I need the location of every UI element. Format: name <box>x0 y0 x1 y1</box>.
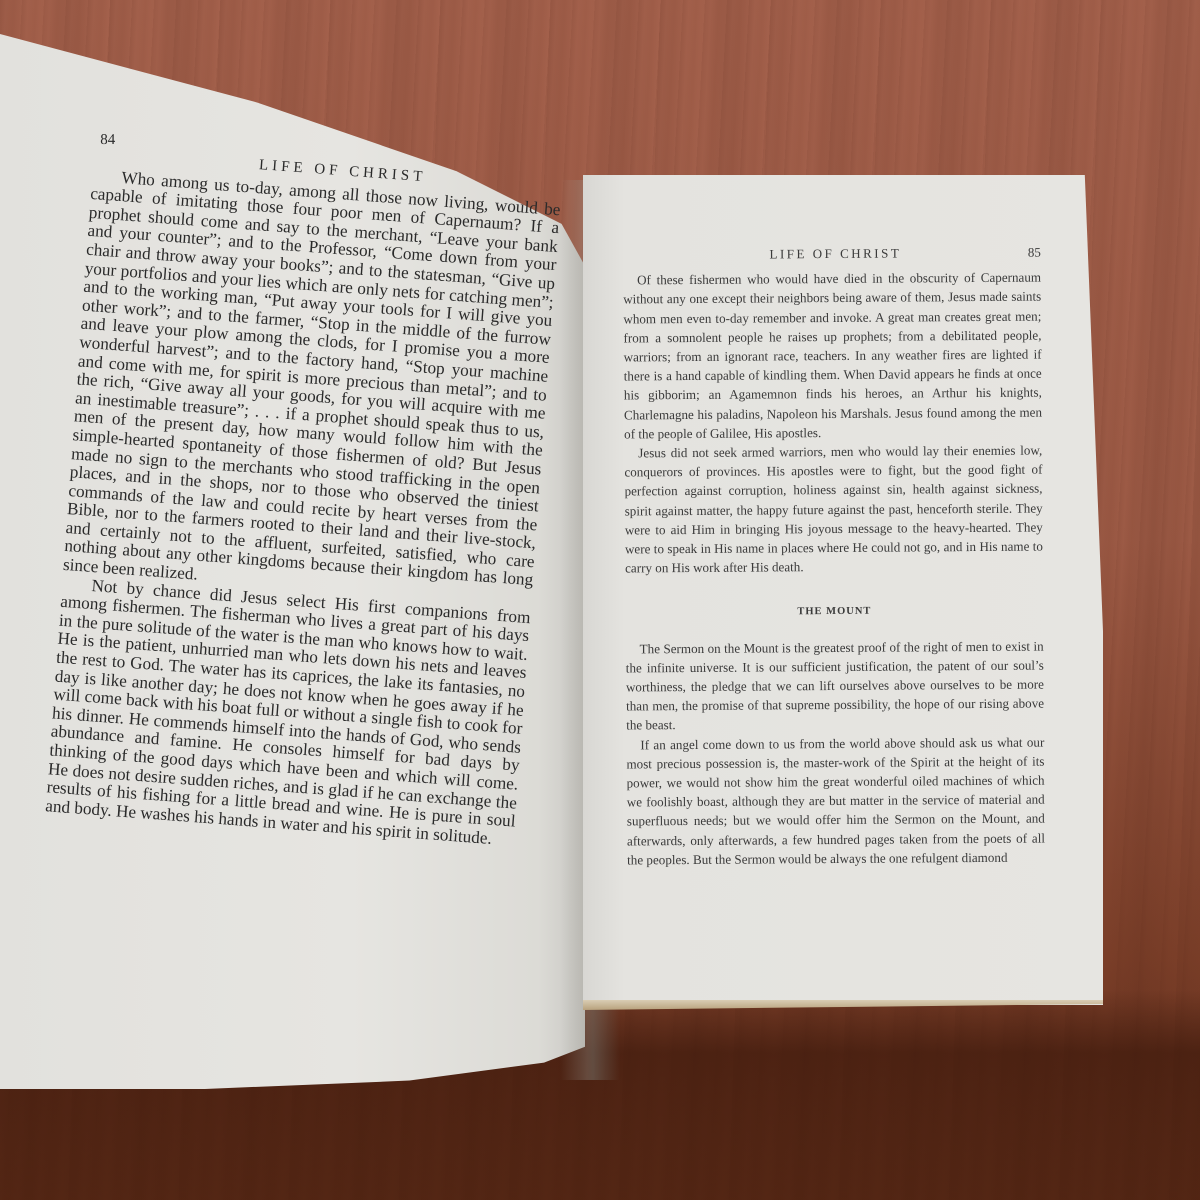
paragraph: Of these fishermen who would have died i… <box>623 268 1042 444</box>
paragraph: Jesus did not seek armed warriors, men w… <box>624 441 1043 578</box>
paragraph: The Sermon on the Mount is the greatest … <box>626 636 1045 735</box>
right-page-text: LIFE OF CHRIST 85 Of these fishermen who… <box>623 243 1045 870</box>
running-head-right: LIFE OF CHRIST <box>623 243 1028 265</box>
page-number-right: 85 <box>1028 243 1041 262</box>
paragraph: Who among us to-day, among all those now… <box>62 166 561 608</box>
right-page-header: LIFE OF CHRIST 85 <box>623 243 1041 265</box>
page-number-left: 84 <box>100 131 115 150</box>
paragraph: If an angel come down to us from the wor… <box>626 732 1045 869</box>
left-page-text: 84 LIFE OF CHRIST Who among us to-day, a… <box>45 130 564 850</box>
paragraph: Not by chance did Jesus select His first… <box>45 574 531 849</box>
section-title: THE MOUNT <box>625 601 1043 623</box>
